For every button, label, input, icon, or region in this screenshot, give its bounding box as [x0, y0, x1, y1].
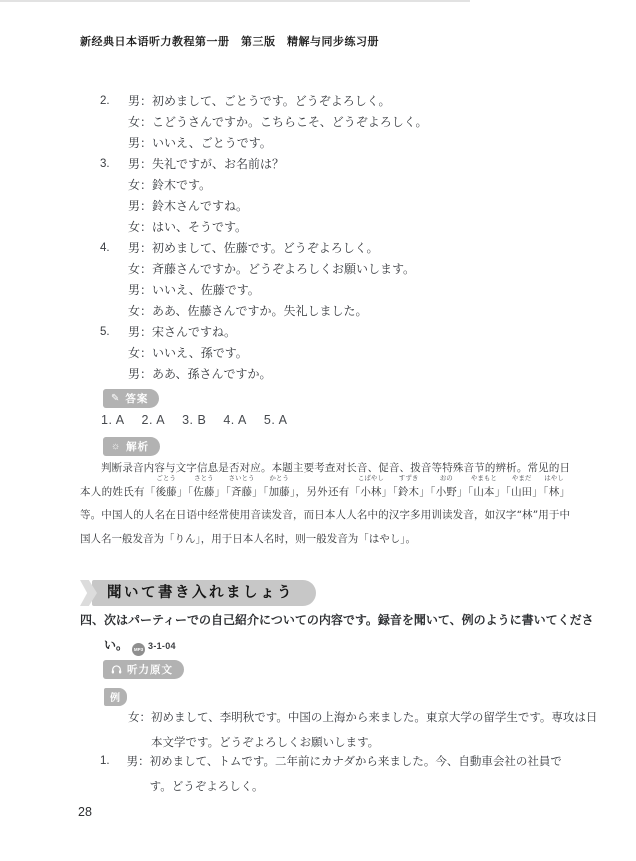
- item-number: 3.: [100, 154, 128, 238]
- dialogue-line: 女：はい、そうです。: [128, 217, 572, 238]
- task-number: 四、: [80, 613, 104, 627]
- dialogue-item: 3.男：失礼ですが、お名前は？女：鈴木です。男：鈴木さんですね。女：はい、そうで…: [100, 154, 572, 238]
- ruby-term: 林はやし: [549, 481, 560, 505]
- ruby-term: 加藤かとう: [269, 481, 290, 505]
- dialogue-line: 女：こどうさんですか。こちらこそ、どうぞよろしく。: [128, 112, 572, 133]
- dialogue-lines: 男：失礼ですが、お名前は？女：鈴木です。男：鈴木さんですね。女：はい、そうです。: [128, 154, 572, 238]
- furigana: ごとう: [156, 475, 176, 482]
- speaker-label: 女：: [128, 710, 151, 724]
- dialogue-lines: 男：初めまして、佐藤です。どうぞよろしく。女：斉藤さんですか。どうぞよろしくお願…: [128, 238, 572, 322]
- audio-track-number: 3-1-04: [148, 641, 176, 651]
- headphones-icon: [111, 664, 122, 675]
- transcript-badge-label: 听力原文: [127, 662, 173, 677]
- furigana: はやし: [544, 475, 564, 482]
- dialogue-line: 男：ああ、孫さんですか。: [128, 364, 572, 385]
- ruby-term: 山田やまだ: [511, 481, 532, 505]
- ruby-term: 後藤ごとう: [156, 481, 177, 505]
- furigana: こばやし: [358, 475, 384, 482]
- running-head: 新经典日本语听力教程第一册 第三版 精解与同步练习册: [80, 33, 379, 49]
- section-banner-title: 聞いて書き入れましょう: [92, 580, 316, 606]
- furigana: おの: [440, 475, 453, 482]
- transcript-item: 1.男：初めまして、トムです。二年前にカナダから来ました。今、自動車会社の社員で…: [100, 749, 578, 798]
- dialogue-item: 5.男：宋さんですね。女：いいえ、孫です。男：ああ、孫さんですか。: [100, 322, 572, 385]
- example-text: 初めまして、李明秋です。中国の上海から来ました。東京大学の留学生です。専攻は日本…: [151, 710, 597, 749]
- transcript-items: 1.男：初めまして、トムです。二年前にカナダから来ました。今、自動車会社の社員で…: [100, 749, 578, 798]
- task-instruction: 四、次はパーティーでの自己紹介についての内容です。録音を聞いて、例のように書いて…: [80, 608, 602, 659]
- dialogue-line: 女：いいえ、孫です。: [128, 343, 572, 364]
- ruby-term: 斉藤さいとう: [231, 481, 252, 505]
- furigana: やまだ: [512, 475, 532, 482]
- example-badge: 例: [104, 688, 127, 706]
- answer-value: 3. B: [182, 413, 206, 427]
- item-number: 1.: [100, 749, 127, 798]
- task-text: 次はパーティーでの自己紹介についての内容です。録音を聞いて、例のように書いてくだ…: [104, 613, 594, 652]
- analysis-badge-label: 解析: [126, 439, 149, 454]
- ruby-term: 小林こばやし: [360, 481, 381, 505]
- answer-value: 5. A: [264, 413, 288, 427]
- transcript-text: 男：初めまして、トムです。二年前にカナダから来ました。今、自動車会社の社員です。…: [127, 749, 578, 798]
- dialogue-line: 男：いいえ、佐藤です。: [128, 280, 572, 301]
- page-number: 28: [78, 805, 92, 819]
- transcript-example-line: 女：初めまして、李明秋です。中国の上海から来ました。東京大学の留学生です。専攻は…: [128, 705, 605, 754]
- furigana: さとう: [194, 475, 214, 482]
- dialogue-item: 4.男：初めまして、佐藤です。どうぞよろしく。女：斉藤さんですか。どうぞよろしく…: [100, 238, 572, 322]
- ruby-term: 小野おの: [436, 481, 457, 505]
- dialogue-line: 男：いいえ、ごとうです。: [128, 133, 572, 154]
- dialogue-line: 男：宋さんですね。: [128, 322, 572, 343]
- dialogue-lines: 男：初めまして、ごとうです。どうぞよろしく。女：こどうさんですか。こちらこそ、ど…: [128, 91, 572, 154]
- ruby-term: 鈴木すずき: [398, 481, 419, 505]
- dialogue-line: 女：鈴木です。: [128, 175, 572, 196]
- section-banner: 聞いて書き入れましょう: [80, 580, 316, 606]
- answer-badge: ✎ 答案: [103, 389, 159, 408]
- dialogue-line: 男：鈴木さんですね。: [128, 196, 572, 217]
- analysis-badge: ☼ 解析: [103, 437, 160, 456]
- item-number: 5.: [100, 322, 128, 385]
- item-number: 4.: [100, 238, 128, 322]
- answer-value: 2. A: [142, 413, 166, 427]
- transcript-badge: 听力原文: [103, 660, 184, 679]
- dialogue-section: 2.男：初めまして、ごとうです。どうぞよろしく。女：こどうさんですか。こちらこそ…: [100, 91, 572, 385]
- answer-badge-label: 答案: [125, 391, 148, 406]
- mp3-audio-icon: MP3: [132, 643, 145, 656]
- dialogue-item: 2.男：初めまして、ごとうです。どうぞよろしく。女：こどうさんですか。こちらこそ…: [100, 91, 572, 154]
- furigana: さいとう: [229, 475, 255, 482]
- book-page: 新经典日本语听力教程第一册 第三版 精解与同步练习册 2.男：初めまして、ごとう…: [0, 0, 636, 861]
- furigana: すずき: [399, 475, 419, 482]
- dialogue-line: 男：初めまして、佐藤です。どうぞよろしく。: [128, 238, 572, 259]
- analysis-paragraph: 判断录音内容与文字信息是否对应。本题主要考查对长音、促音、拨音等特殊音节的辨析。…: [80, 457, 570, 551]
- answer-values: 1. A2. A3. B4. A5. A: [101, 413, 287, 427]
- dialogue-line: 女：斉藤さんですか。どうぞよろしくお願いします。: [128, 259, 572, 280]
- dialogue-line: 男：失礼ですが、お名前は？: [128, 154, 572, 175]
- pencil-icon: ✎: [111, 393, 120, 404]
- item-number: 2.: [100, 91, 128, 154]
- dialogue-lines: 男：宋さんですね。女：いいえ、孫です。男：ああ、孫さんですか。: [128, 322, 572, 385]
- furigana: やまもと: [471, 475, 497, 482]
- ruby-term: 山本やまもと: [473, 481, 494, 505]
- audio-reference: MP33-1-04: [128, 638, 176, 652]
- furigana: かとう: [269, 475, 289, 482]
- answer-value: 4. A: [223, 413, 247, 427]
- dialogue-line: 男：初めまして、ごとうです。どうぞよろしく。: [128, 91, 572, 112]
- ruby-term: 佐藤さとう: [193, 481, 214, 505]
- dialogue-line: 女：ああ、佐藤さんですか。失礼しました。: [128, 301, 572, 322]
- lightbulb-icon: ☼: [111, 441, 121, 452]
- answer-value: 1. A: [101, 413, 125, 427]
